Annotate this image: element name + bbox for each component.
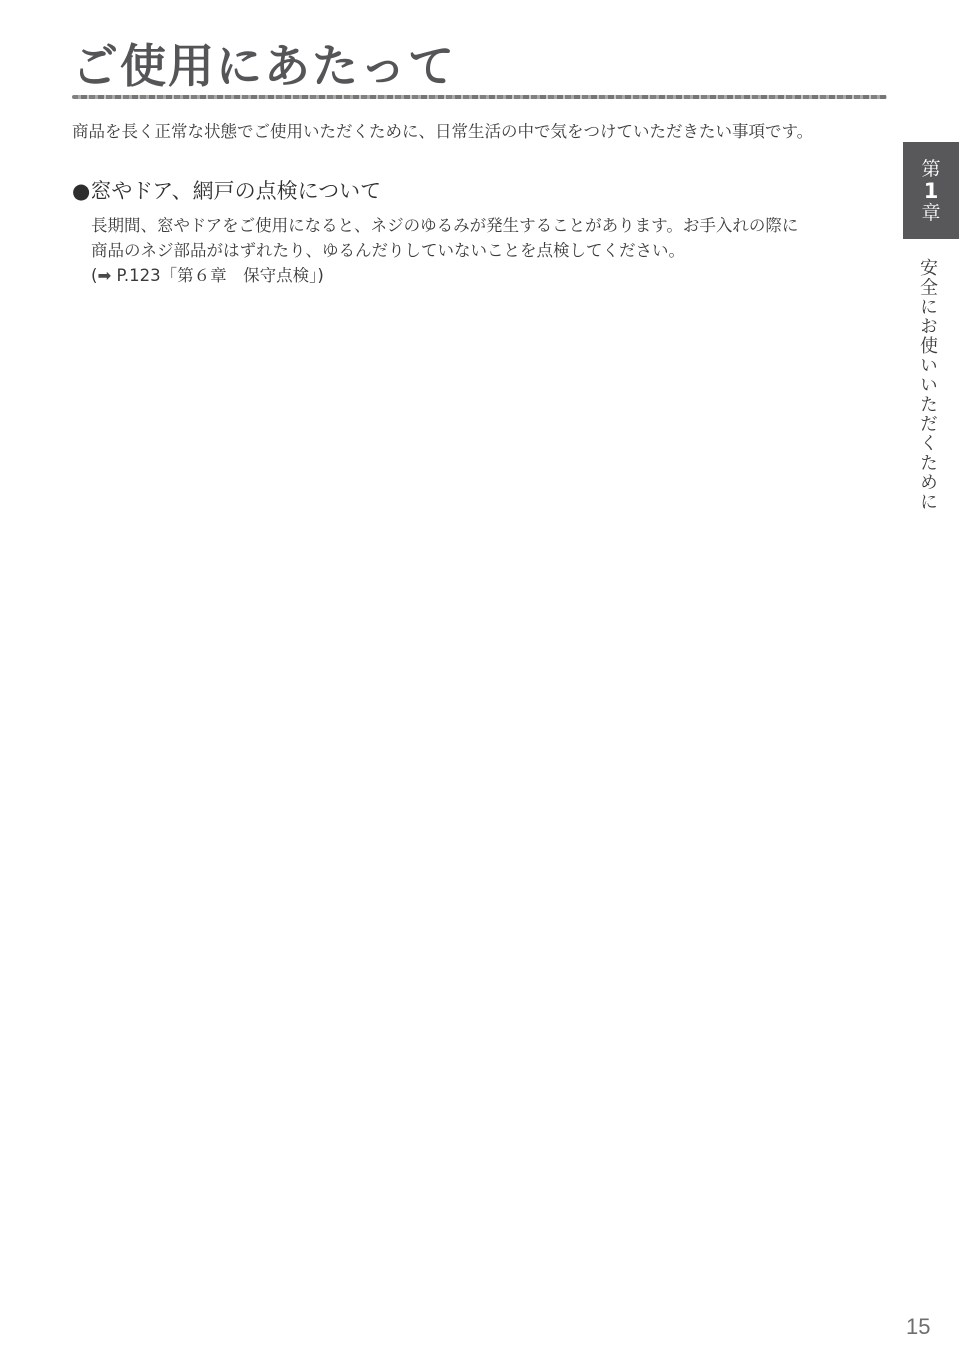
title-divider [72, 95, 887, 99]
chapter-tab-prefix: 第 [921, 158, 940, 180]
reference-text: P.123「第６章 保守点検」) [111, 266, 324, 285]
section-heading-text: 窓やドア、網戸の点検について [90, 179, 381, 203]
bullet-icon: ● [72, 179, 90, 203]
page-title: ご使用にあたって [72, 38, 456, 94]
chapter-tab: 第 1 章 [903, 142, 959, 239]
intro-text: 商品を長く正常な状態でご使用いただくために、日常生活の中で気をつけていただきたい… [72, 120, 813, 144]
arrow-right-icon: ➡ [97, 266, 111, 285]
body-line-1: 長期間、窓やドアをご使用になると、ネジのゆるみが発生することがあります。お手入れ… [91, 213, 891, 238]
body-line-2: 商品のネジ部品がはずれたり、ゆるんだりしていないことを点検してください。 [91, 238, 891, 263]
chapter-tab-number: 1 [924, 180, 939, 202]
chapter-tab-suffix: 章 [921, 202, 940, 224]
page-number: 15 [906, 1314, 930, 1340]
section-heading: ●窓やドア、網戸の点検について [72, 176, 381, 206]
section-body: 長期間、窓やドアをご使用になると、ネジのゆるみが発生することがあります。お手入れ… [91, 213, 891, 288]
chapter-side-title: 安全にお使いいただくために [914, 258, 940, 512]
page-reference[interactable]: (➡ P.123「第６章 保守点検」) [91, 263, 891, 288]
